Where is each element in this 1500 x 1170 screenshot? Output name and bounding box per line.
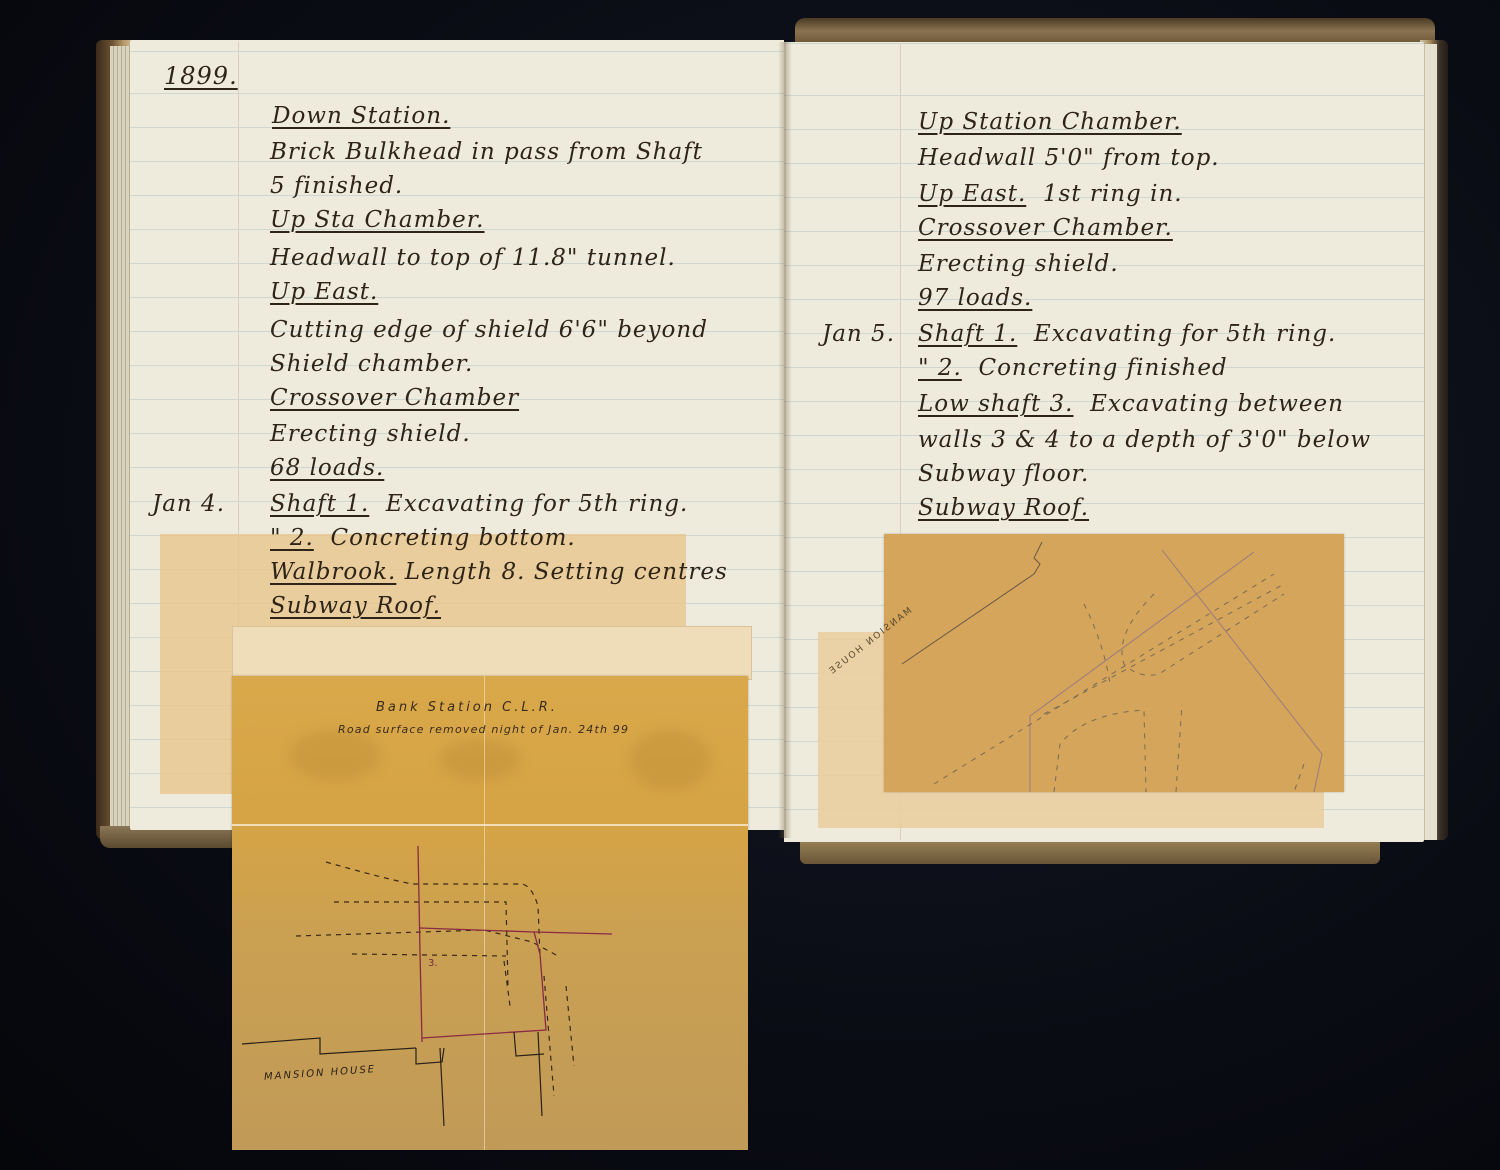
plan-drawing-left	[232, 826, 748, 1150]
entry-heading: Subway Roof.	[918, 495, 1089, 521]
stain	[290, 730, 380, 780]
entry-line: Up East.	[270, 278, 378, 306]
entry-line: Cutting edge of shield 6'6" beyond	[270, 316, 708, 344]
stain	[440, 740, 520, 780]
entry-line: 5 finished.	[270, 172, 403, 200]
entry-line: 97 loads.	[918, 284, 1032, 312]
entry-line: Subway Roof.	[270, 592, 441, 620]
entry-heading: " 2.	[918, 355, 962, 381]
entry-date: Jan 4.	[152, 490, 225, 518]
entry-line: Subway Roof.	[918, 494, 1089, 522]
entry-heading: Low shaft 3.	[918, 391, 1073, 417]
entry-text: 1st ring in.	[1043, 181, 1183, 207]
stain	[630, 730, 710, 790]
entry-line: Shield chamber.	[270, 350, 473, 378]
entry-text: Excavating between	[1090, 391, 1344, 417]
entry-heading: Up East.	[918, 181, 1026, 207]
entry-line: Subway floor.	[918, 460, 1089, 488]
entry-text: Concreting finished	[978, 355, 1227, 381]
plan-subtitle: Road surface removed night of Jan. 24th …	[338, 723, 629, 736]
entry-line: Headwall 5'0" from top.	[918, 144, 1220, 172]
entry-line: Up Sta Chamber.	[270, 206, 485, 234]
entry-text: Excavating for 5th ring.	[1034, 321, 1336, 347]
entry-line: Crossover Chamber.	[918, 214, 1173, 242]
entry-line: Brick Bulkhead in pass from Shaft	[270, 138, 703, 166]
entry-text: Excavating for 5th ring.	[386, 491, 688, 517]
entry-line: Erecting shield.	[270, 420, 471, 448]
entry-line: Down Station.	[272, 102, 450, 130]
year-heading: 1899.	[164, 62, 238, 90]
pasted-tissue-slip-lower	[232, 626, 752, 680]
entry-line: Crossover Chamber	[270, 384, 519, 412]
entry-heading: Subway Roof.	[270, 593, 441, 619]
entry-heading: " 2.	[270, 525, 314, 551]
entry-line: walls 3 & 4 to a depth of 3'0" below	[918, 426, 1371, 454]
page-stack-right	[1424, 44, 1437, 840]
entry-line: Low shaft 3. Excavating between	[918, 390, 1344, 418]
plan-drawing-right	[884, 534, 1344, 792]
entry-line: Walbrook. Length 8. Setting centres	[270, 558, 728, 586]
entry-line: Erecting shield.	[918, 250, 1119, 278]
entry-line: 68 loads.	[270, 454, 384, 482]
book-gutter	[778, 42, 792, 838]
entry-line: " 2. Concreting bottom.	[270, 524, 576, 552]
entry-heading: Walbrook.	[270, 559, 396, 585]
entry-date: Jan 5.	[822, 320, 895, 348]
entry-line: Up East. 1st ring in.	[918, 180, 1183, 208]
entry-line: " 2. Concreting finished	[918, 354, 1228, 382]
book-cover-top-right	[795, 18, 1435, 44]
entry-text: Concreting bottom.	[330, 525, 575, 551]
entry-heading: Shaft 1.	[270, 491, 369, 517]
entry-line: Shaft 1. Excavating for 5th ring.	[918, 320, 1336, 348]
plan-shaft-label: 3.	[428, 958, 438, 969]
plan-title: Bank Station C.L.R.	[376, 700, 558, 715]
entry-line: Up Station Chamber.	[918, 108, 1182, 136]
entry-heading: Shaft 1.	[918, 321, 1017, 347]
entry-line: Shaft 1. Excavating for 5th ring.	[270, 490, 688, 518]
entry-line: Headwall to top of 11.8" tunnel.	[270, 244, 676, 272]
entry-text: Length 8. Setting centres	[405, 559, 728, 585]
